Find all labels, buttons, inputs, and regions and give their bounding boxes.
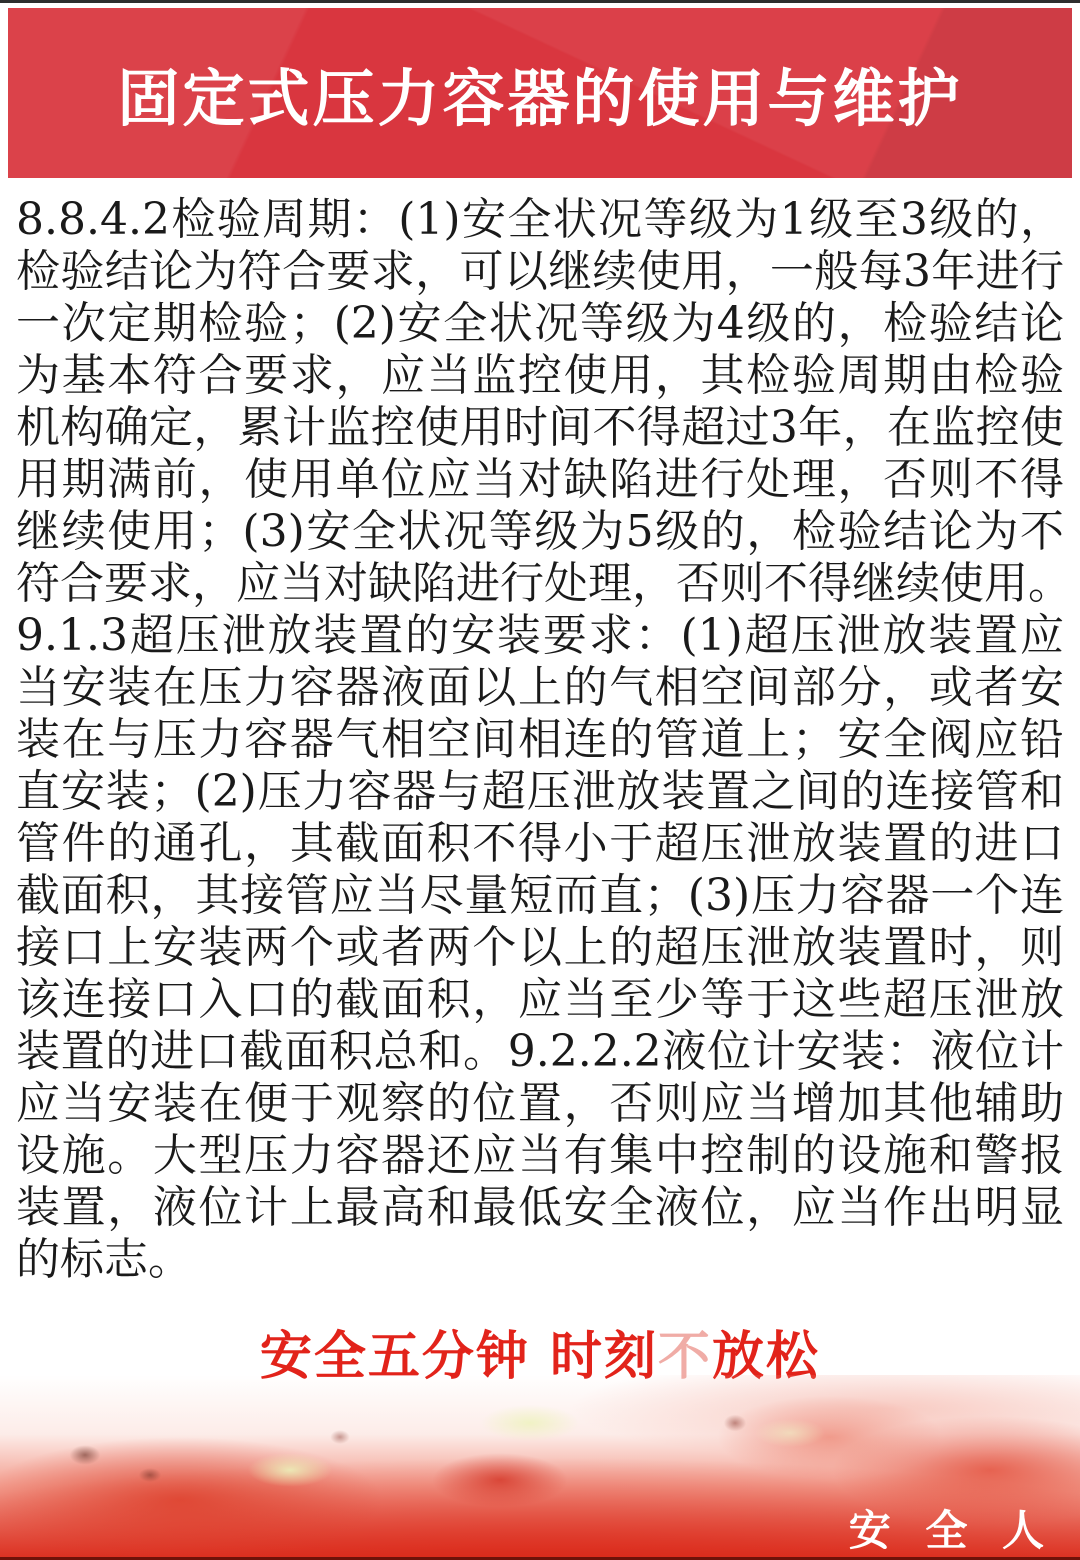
body-line: 装置的进口截面积总和。9.2.2.2液位计安装：液位计 — [16, 1026, 1064, 1078]
body-line: 管件的通孔，其截面积不得小于超压泄放装置的进口 — [16, 818, 1064, 870]
watermark-text: 安 全 人 — [849, 1498, 1054, 1558]
body-line: 用期满前，使用单位应当对缺陷进行处理，否则不得 — [16, 454, 1064, 506]
body-line: 接口上安装两个或者两个以上的超压泄放装置时，则 — [16, 922, 1064, 974]
body-line: 应当安装在便于观察的位置，否则应当增加其他辅助 — [16, 1078, 1064, 1130]
body-line: 符合要求，应当对缺陷进行处理，否则不得继续使用。 — [16, 558, 1064, 610]
body-line: 继续使用；(3)安全状况等级为5级的，检验结论为不 — [16, 506, 1064, 558]
body-text-block: 8.8.4.2检验周期：(1)安全状况等级为1级至3级的， 检验结论为符合要求，… — [16, 194, 1064, 1286]
body-line: 截面积，其接管应当尽量短而直；(3)压力容器一个连 — [16, 870, 1064, 922]
body-line: 为基本符合要求，应当监控使用，其检验周期由检验 — [16, 350, 1064, 402]
body-line: 的标志。 — [16, 1234, 1064, 1286]
page-title: 固定式压力容器的使用与维护 — [117, 49, 962, 138]
body-line: 机构确定，累计监控使用时间不得超过3年，在监控使 — [16, 402, 1064, 454]
body-line: 直安装；(2)压力容器与超压泄放装置之间的连接管和 — [16, 766, 1064, 818]
title-banner: 固定式压力容器的使用与维护 — [8, 8, 1072, 178]
body-line: 该连接口入口的截面积，应当至少等于这些超压泄放 — [16, 974, 1064, 1026]
body-line: 装置，液位计上最高和最低安全液位，应当作出明显 — [16, 1182, 1064, 1234]
body-line: 装在与压力容器气相空间相连的管道上；安全阀应铅 — [16, 714, 1064, 766]
body-line: 设施。大型压力容器还应当有集中控制的设施和警报 — [16, 1130, 1064, 1182]
body-line: 检验结论为符合要求，可以继续使用，一般每3年进行 — [16, 246, 1064, 298]
top-edge-line — [0, 0, 1080, 3]
body-line: 一次定期检验；(2)安全状况等级为4级的，检验结论 — [16, 298, 1064, 350]
body-line: 9.1.3超压泄放装置的安装要求：(1)超压泄放装置应 — [16, 610, 1064, 662]
document-page: 固定式压力容器的使用与维护 8.8.4.2检验周期：(1)安全状况等级为1级至3… — [0, 0, 1080, 1560]
body-line: 当安装在压力容器液面以上的气相空间部分，或者安 — [16, 662, 1064, 714]
body-line: 8.8.4.2检验周期：(1)安全状况等级为1级至3级的， — [16, 194, 1064, 246]
